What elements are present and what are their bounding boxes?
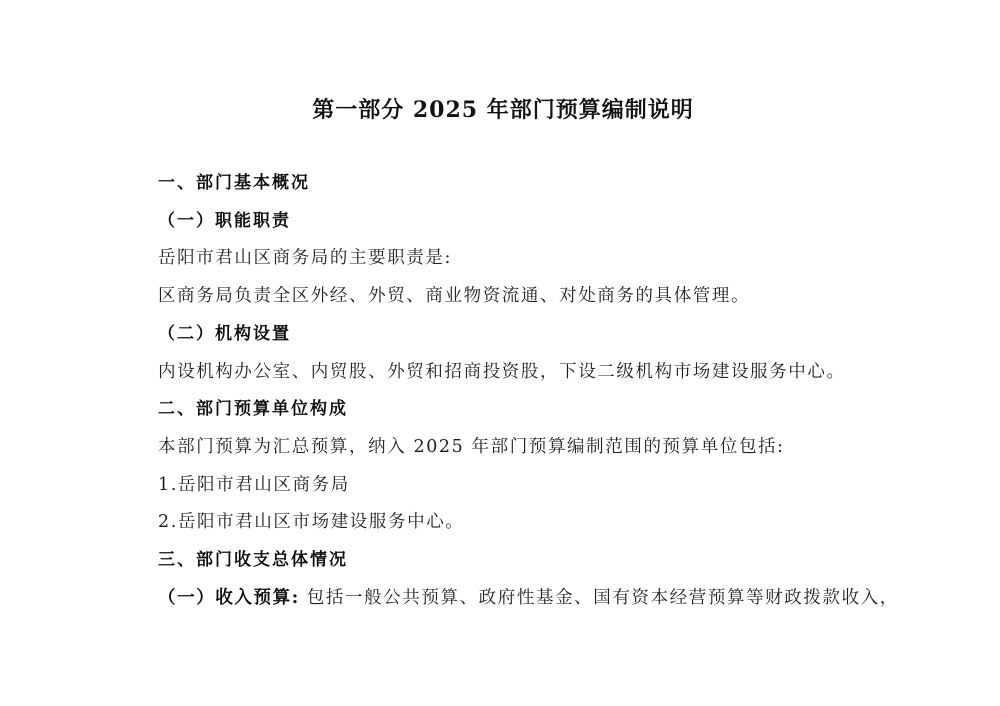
paragraph-budget-units-intro: 本部门预算为汇总预算，纳入 2025 年部门预算编制范围的预算单位包括:	[158, 429, 848, 467]
paragraph-income-budget: （一）收入预算:包括一般公共预算、政府性基金、国有资本经营预算等财政拨款收入，	[158, 580, 848, 618]
paragraph-org-structure: 内设机构办公室、内贸股、外贸和招商投资股，下设二级机构市场建设服务中心。	[158, 354, 848, 392]
subsection-heading-1-2: （二）机构设置	[158, 316, 848, 354]
subsection-heading-1-1: （一）职能职责	[158, 203, 848, 241]
section-heading-2: 二、部门预算单位构成	[158, 391, 848, 429]
document-body: 第一部分 2025 年部门预算编制说明 一、部门基本概况 （一）职能职责 岳阳市…	[158, 92, 848, 617]
income-budget-label: （一）收入预算:	[158, 588, 300, 608]
document-title: 第一部分 2025 年部门预算编制说明	[158, 92, 848, 128]
paragraph-duties-detail: 区商务局负责全区外经、外贸、商业物资流通、对处商务的具体管理。	[158, 278, 848, 316]
document-page: 第一部分 2025 年部门预算编制说明 一、部门基本概况 （一）职能职责 岳阳市…	[0, 0, 1000, 706]
paragraph-duties-intro: 岳阳市君山区商务局的主要职责是:	[158, 240, 848, 278]
list-item-unit-1: 1.岳阳市君山区商务局	[158, 467, 848, 505]
section-heading-3: 三、部门收支总体情况	[158, 542, 848, 580]
list-item-unit-2: 2.岳阳市君山区市场建设服务中心。	[158, 504, 848, 542]
section-heading-1: 一、部门基本概况	[158, 165, 848, 203]
income-budget-text: 包括一般公共预算、政府性基金、国有资本经营预算等财政拨款收入，	[307, 588, 899, 608]
